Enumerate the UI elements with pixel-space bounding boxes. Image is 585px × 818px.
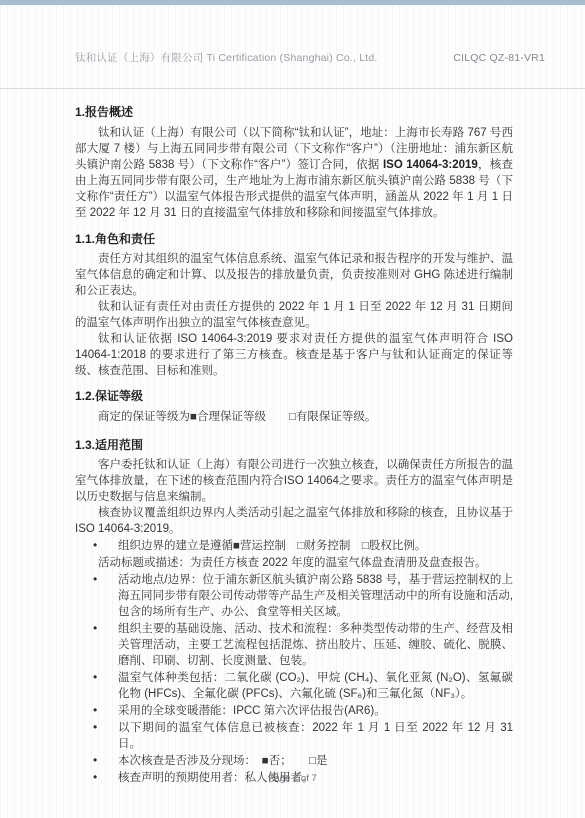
header-divider	[0, 88, 585, 89]
assurance-level-line: 商定的保证等级为■合理保证等级 □有限保证等级。	[75, 409, 513, 425]
page-number: Page 2 of 7	[0, 773, 585, 784]
bullet-marker: •	[93, 669, 97, 685]
list-item-ghg-types: • 温室气体种类包括：二氧化碳 (CO₂)、甲烷 (CH₄)、氧化亚氮 (N₂O…	[75, 670, 513, 702]
scope-paragraph-2: 核查协议覆盖组织边界内人类活动引起之温室气体排放和移除的核查，且协议基于 ISO…	[75, 505, 513, 537]
section-1-1-title: 1.1.角色和责任	[75, 231, 513, 247]
scope-bullet-list-continued: • 活动地点/边界：位于浦东新区航头镇沪南公路 5838 号，基于营运控制权的上…	[75, 572, 513, 786]
scope-paragraph-1: 客户委托钛和认证（上海）有限公司进行一次独立核查，以确保责任方所报告的温室气体排…	[75, 457, 513, 505]
document-code: CILQC QZ-81-VR1	[453, 52, 545, 64]
bullet-marker: •	[93, 719, 97, 735]
bullet-marker: •	[93, 571, 97, 587]
roles-paragraph-1: 责任方对其组织的温室气体信息系统、温室气体记录和报告程序的开发与维护、温室气体信…	[75, 251, 513, 299]
iso-standard-reference: ISO 14064-3:2019	[383, 159, 478, 171]
list-item-text: 活动地点/边界：位于浦东新区航头镇沪南公路 5838 号，基于营运控制权的上海五…	[118, 574, 513, 618]
report-body: 1.报告概述 钛和认证（上海）有限公司（以下简称“钛和认证”，地址：上海市长寿路…	[0, 104, 585, 786]
bullet-marker: •	[93, 702, 97, 718]
section-1-paragraph: 钛和认证（上海）有限公司（以下简称“钛和认证”，地址：上海市长寿路 767 号西…	[75, 125, 513, 221]
list-item-text: 组织边界的建立是遵循■营运控制 □财务控制 □股权比例。	[118, 540, 426, 552]
section-1-3-title: 1.3.适用范围	[75, 437, 513, 453]
bullet-marker: •	[93, 752, 97, 768]
list-item-text: 采用的全球变暖潜能：IPCC 第六次评估报告(AR6)。	[118, 705, 386, 717]
list-item-verified-period: • 以下期间的温室气体信息已被核查：2022 年 1 月 1 日至 2022 年…	[75, 720, 513, 752]
list-item-text: 本次核查是否涉及分现场： ■否； □是	[118, 755, 327, 767]
scope-bullet-list: • 组织边界的建立是遵循■营运控制 □财务控制 □股权比例。	[75, 538, 513, 554]
list-item-activity-site: • 活动地点/边界：位于浦东新区航头镇沪南公路 5838 号，基于营运控制权的上…	[75, 572, 513, 620]
list-item-org-boundary: • 组织边界的建立是遵循■营运控制 □财务控制 □股权比例。	[75, 538, 513, 554]
list-item-text: 组织主要的基础设施、活动、技术和流程：多种类型传动带的生产、经营及相关管理活动，…	[118, 623, 513, 667]
activity-title-line: 活动标题或描述：为责任方核查 2022 年度的温室气体盘查清册及盘查报告。	[75, 555, 513, 571]
list-item-text: 以下期间的温室气体信息已被核查：2022 年 1 月 1 日至 2022 年 1…	[118, 722, 513, 750]
section-1-title: 1.报告概述	[75, 104, 513, 120]
bullet-marker: •	[93, 620, 97, 636]
list-item-gwp-source: • 采用的全球变暖潜能：IPCC 第六次评估报告(AR6)。	[75, 703, 513, 719]
bullet-marker: •	[93, 537, 97, 553]
roles-paragraph-2: 钛和认证有责任对由责任方提供的 2022 年 1 月 1 日至 2022 年 1…	[75, 299, 513, 331]
list-item-text: 温室气体种类包括：二氧化碳 (CO₂)、甲烷 (CH₄)、氧化亚氮 (N₂O)、…	[118, 672, 513, 700]
scanned-document-page: 钛和认证（上海）有限公司 Ti Certification (Shanghai)…	[0, 0, 585, 818]
list-item-sub-sites: • 本次核查是否涉及分现场： ■否； □是	[75, 753, 513, 769]
list-item-infrastructure: • 组织主要的基础设施、活动、技术和流程：多种类型传动带的生产、经营及相关管理活…	[75, 621, 513, 669]
roles-paragraph-3: 钛和认证依据 ISO 14064-3:2019 要求对责任方提供的温室气体声明符…	[75, 331, 513, 379]
section-1-2-title: 1.2.保证等级	[75, 388, 513, 404]
document-header: 钛和认证（上海）有限公司 Ti Certification (Shanghai)…	[0, 5, 585, 65]
company-name: 钛和认证（上海）有限公司 Ti Certification (Shanghai)…	[75, 50, 378, 65]
